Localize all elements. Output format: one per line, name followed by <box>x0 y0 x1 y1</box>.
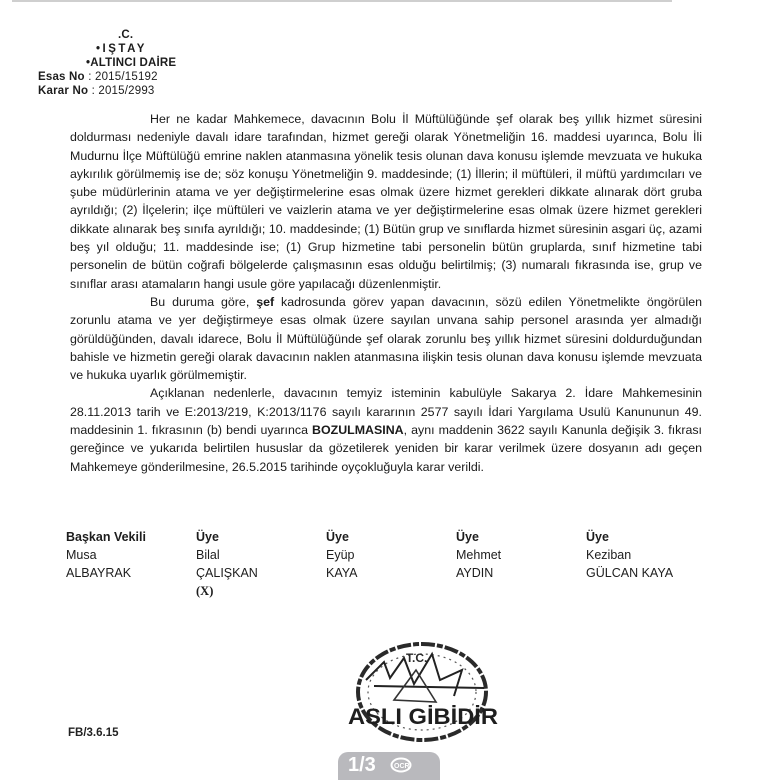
stamp-seal-icon: T.C. ASLI GİBİDİR <box>344 640 504 750</box>
emphasis-bozulmasina: BOZULMASINA <box>312 423 404 437</box>
signature-first-name: Bilal <box>196 546 326 564</box>
header-tc: .C. <box>38 28 176 42</box>
esas-value: : 2015/15192 <box>88 71 158 83</box>
header-danistay: •IŞTAY <box>38 42 176 56</box>
karar-value: : 2015/2993 <box>92 85 155 97</box>
dissent-mark: (X) <box>196 582 326 600</box>
signature-5: Üye Keziban GÜLCAN KAYA <box>586 528 726 600</box>
svg-text:ASLI GİBİDİR: ASLI GİBİDİR <box>348 704 498 729</box>
header-daire: •ALTINCI DAİRE <box>38 56 176 70</box>
emphasis-sef: şef <box>256 295 274 309</box>
signature-last-name: GÜLCAN KAYA <box>586 564 726 582</box>
karar-number: Karar No : 2015/2993 <box>38 84 176 98</box>
signature-last-name: AYDIN <box>456 564 586 582</box>
signature-role: Başkan Vekili <box>66 528 196 546</box>
signature-block: Başkan Vekili Musa ALBAYRAK Üye Bilal ÇA… <box>66 528 726 600</box>
svg-text:OCR: OCR <box>394 763 410 770</box>
signature-role: Üye <box>456 528 586 546</box>
signature-last-name: ÇALIŞKAN <box>196 564 326 582</box>
signature-4: Üye Mehmet AYDIN <box>456 528 586 600</box>
paragraph-2: Bu duruma göre, şef kadrosunda görev yap… <box>70 293 702 384</box>
paragraph-1: Her ne kadar Mahkemece, davacının Bolu İ… <box>70 110 702 293</box>
signature-2: Üye Bilal ÇALIŞKAN (X) <box>196 528 326 600</box>
page-top-edge <box>12 0 672 2</box>
page-indicator[interactable]: 1/3 OCR <box>338 752 440 780</box>
karar-label: Karar No <box>38 85 88 97</box>
signature-3: Üye Eyüp KAYA <box>326 528 456 600</box>
footer-reference-code: FB/3.6.15 <box>68 727 119 739</box>
signature-1: Başkan Vekili Musa ALBAYRAK <box>66 528 196 600</box>
signature-first-name: Musa <box>66 546 196 564</box>
ocr-icon[interactable]: OCR <box>390 757 412 773</box>
signature-first-name: Eyüp <box>326 546 456 564</box>
signature-last-name: ALBAYRAK <box>66 564 196 582</box>
signature-first-name: Mehmet <box>456 546 586 564</box>
esas-number: Esas No : 2015/15192 <box>38 70 176 84</box>
signature-role: Üye <box>586 528 726 546</box>
signature-role: Üye <box>326 528 456 546</box>
paragraph-3: Açıklanan nedenlerle, davacının temyiz i… <box>70 384 702 475</box>
decision-body: Her ne kadar Mahkemece, davacının Bolu İ… <box>70 110 702 476</box>
signature-last-name: KAYA <box>326 564 456 582</box>
official-stamp: T.C. ASLI GİBİDİR <box>344 640 504 750</box>
signature-first-name: Keziban <box>586 546 726 564</box>
page-number: 1/3 <box>348 754 376 776</box>
esas-label: Esas No <box>38 71 85 83</box>
signature-role: Üye <box>196 528 326 546</box>
document-header: .C. •IŞTAY •ALTINCI DAİRE Esas No : 2015… <box>38 28 176 98</box>
svg-text:T.C.: T.C. <box>406 651 427 665</box>
